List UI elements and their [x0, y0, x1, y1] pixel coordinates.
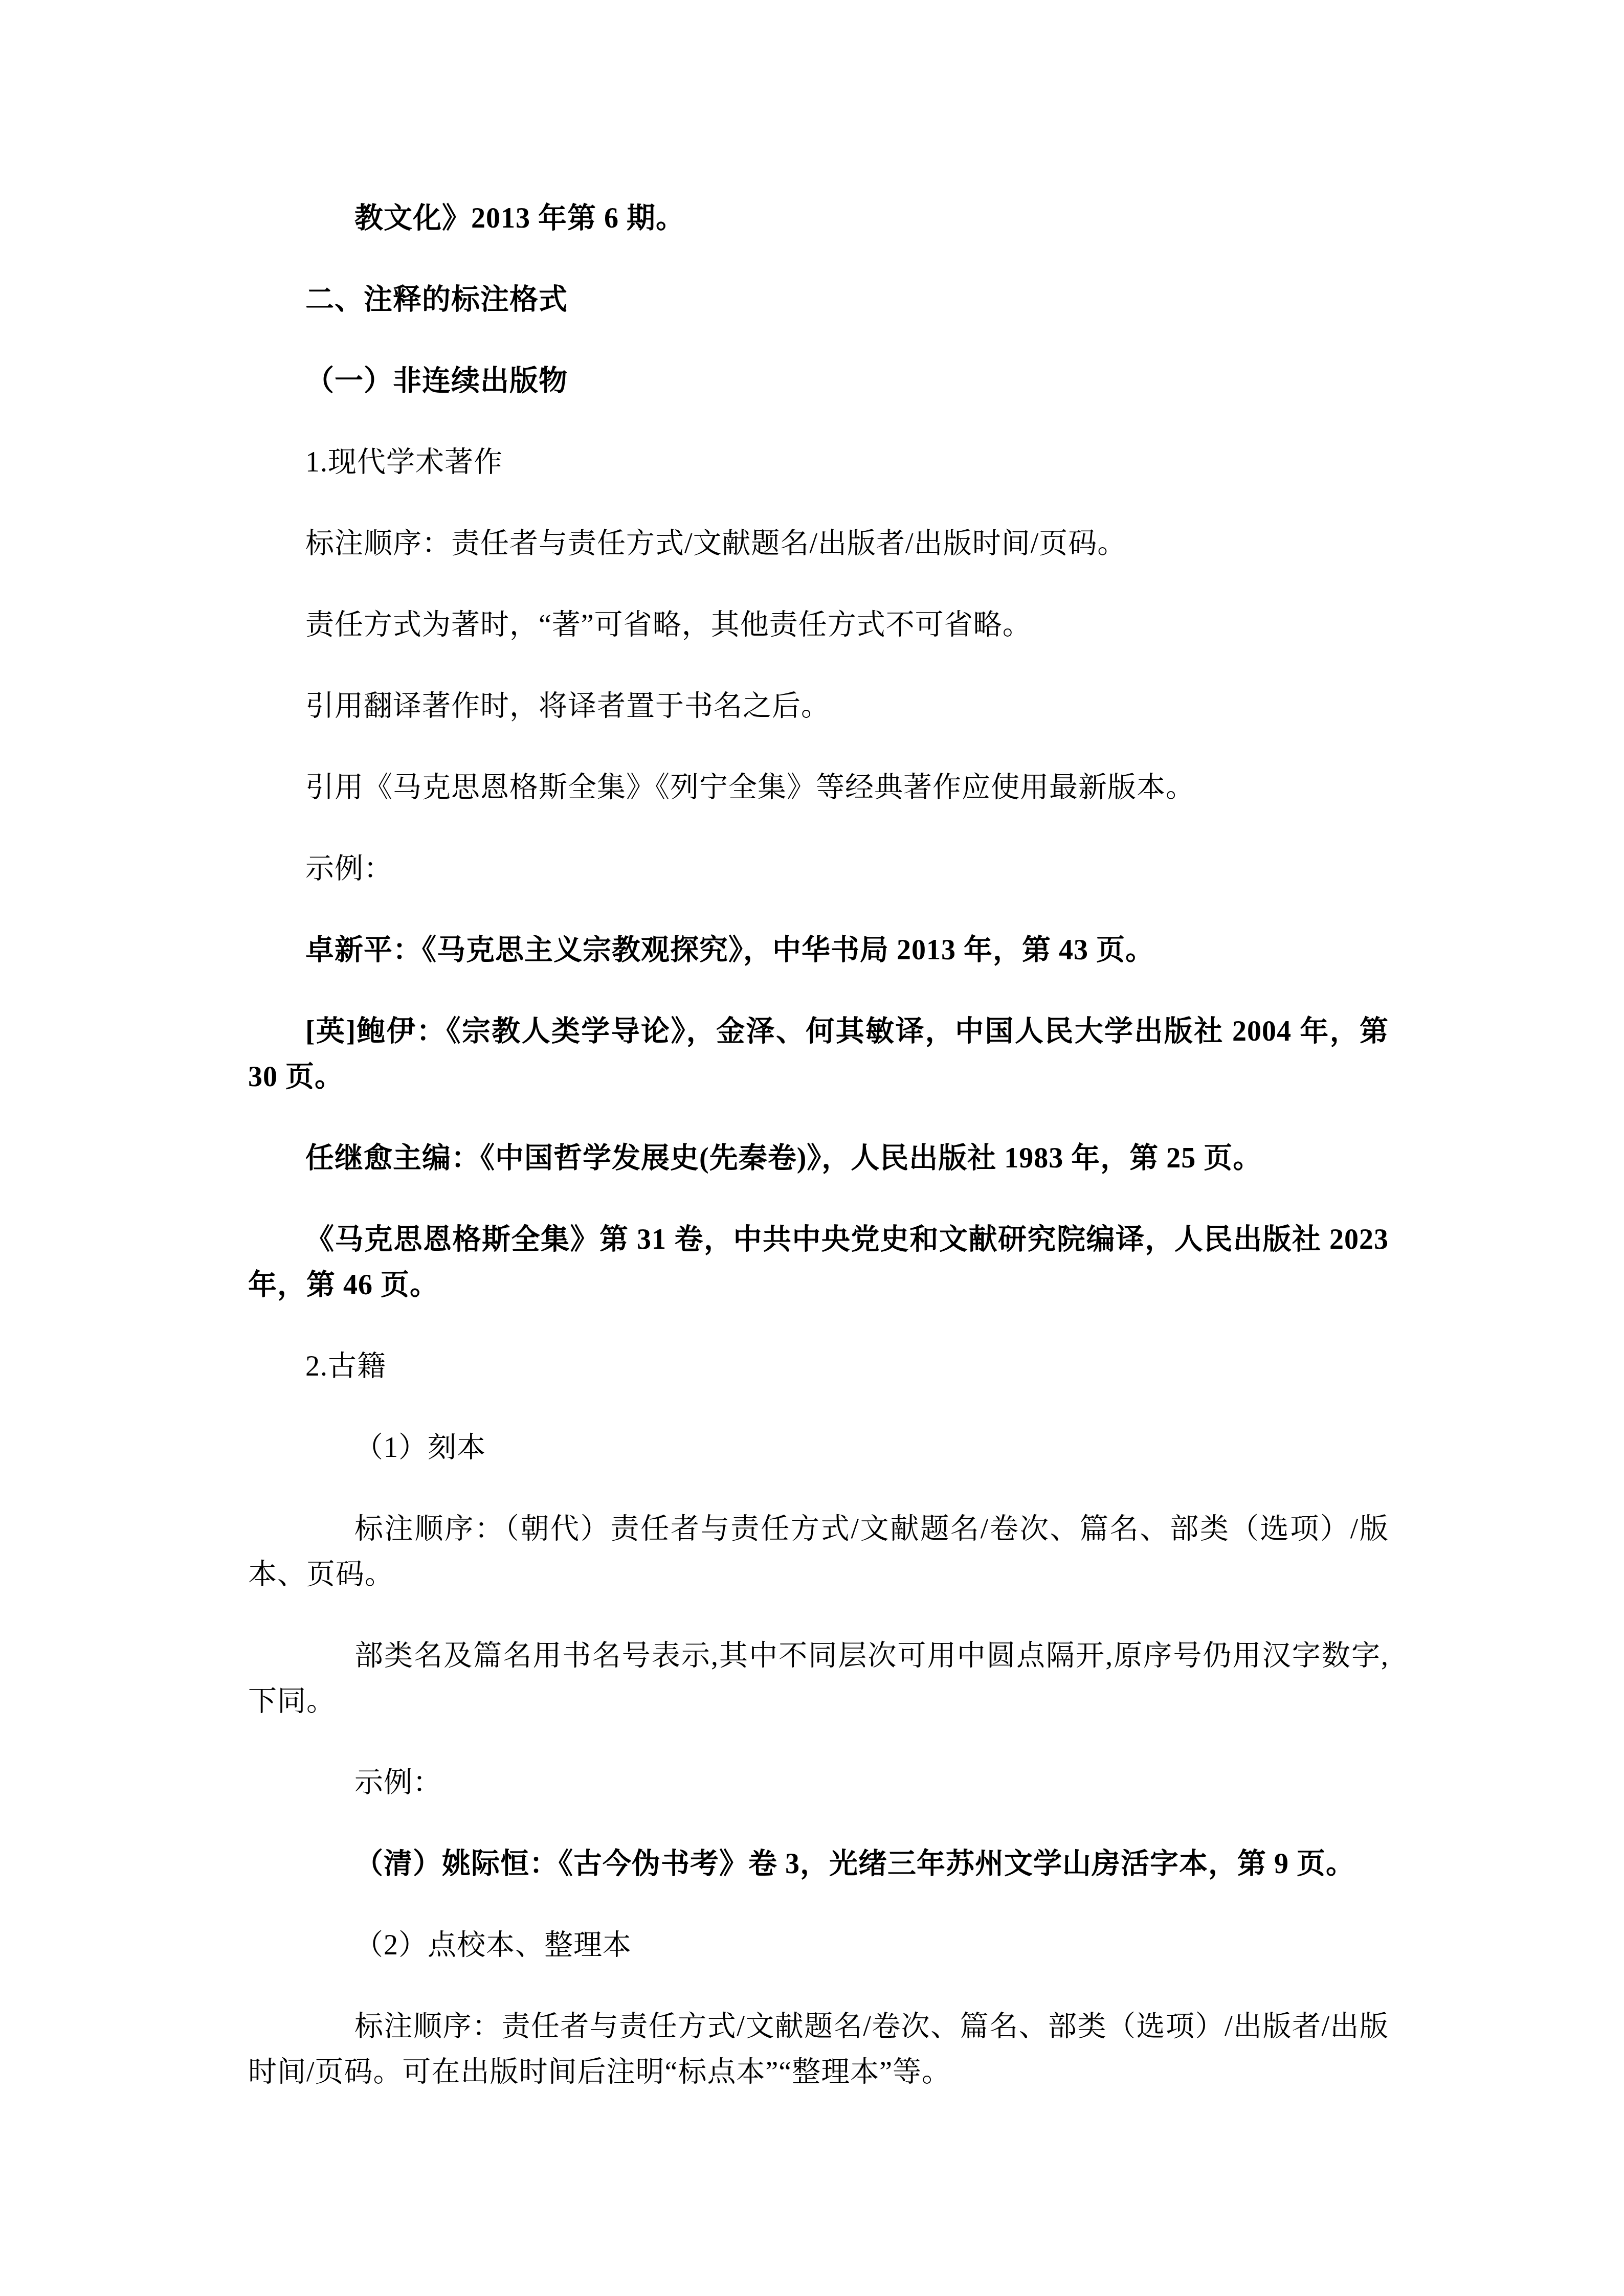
note-order-keben: 标注顺序：（朝代）责任者与责任方式/文献题名/卷次、篇名、部类（选项）/版本、页… — [248, 1506, 1389, 1597]
prev-citation-tail: 教文化》2013 年第 6 期。 — [248, 196, 1389, 241]
note-classic-editions: 引用《马克思恩格斯全集》《列宁全集》等经典著作应使用最新版本。 — [248, 765, 1389, 811]
item-2-2-dianxiaoben: （2）点校本、整理本 — [248, 1923, 1389, 1968]
citation-renjiyu: 任继愈主编：《中国哲学发展史(先秦卷)》，人民出版社 1983 年，第 25 页… — [248, 1136, 1389, 1181]
document-page: { "page": { "background": "#ffffff", "te… — [0, 0, 1624, 2296]
item-2-ancient-books: 2.古籍 — [248, 1344, 1389, 1389]
note-order-modern: 标注顺序：责任者与责任方式/文献题名/出版者/出版时间/页码。 — [248, 521, 1389, 567]
heading-section-2: 二、注释的标注格式 — [248, 277, 1389, 323]
item-1-modern-works: 1.现代学术著作 — [248, 440, 1389, 485]
citation-marx-engels: 《马克思恩格斯全集》第 31 卷，中共中央党史和文献研究院编译，人民出版社 20… — [248, 1217, 1389, 1308]
example-label-1: 示例： — [248, 846, 1389, 892]
note-translator-position: 引用翻译著作时，将译者置于书名之后。 — [248, 684, 1389, 729]
example-label-2: 示例： — [248, 1760, 1389, 1806]
citation-yaojiheng: （清）姚际恒：《古今伪书考》卷 3，光绪三年苏州文学山房活字本，第 9 页。 — [248, 1841, 1389, 1887]
document-body-text: 教文化》2013 年第 6 期。二、注释的标注格式（一）非连续出版物1.现代学术… — [248, 196, 1389, 2131]
citation-zhuoxinping: 卓新平：《马克思主义宗教观探究》，中华书局 2013 年，第 43 页。 — [248, 928, 1389, 973]
citation-bowie: [英]鲍伊：《宗教人类学导论》，金泽、何其敏译，中国人民大学出版社 2004 年… — [248, 1009, 1389, 1100]
heading-subsection-1: （一）非连续出版物 — [248, 358, 1389, 404]
note-zhu-omission: 责任方式为著时，“著”可省略，其他责任方式不可省略。 — [248, 602, 1389, 648]
item-2-1-keben: （1）刻本 — [248, 1425, 1389, 1471]
note-bulei-naming: 部类名及篇名用书名号表示,其中不同层次可用中圆点隔开,原序号仍用汉字数字,下同。 — [248, 1633, 1389, 1724]
note-order-dianxiaoben: 标注顺序：责任者与责任方式/文献题名/卷次、篇名、部类（选项）/出版者/出版时间… — [248, 2004, 1389, 2095]
